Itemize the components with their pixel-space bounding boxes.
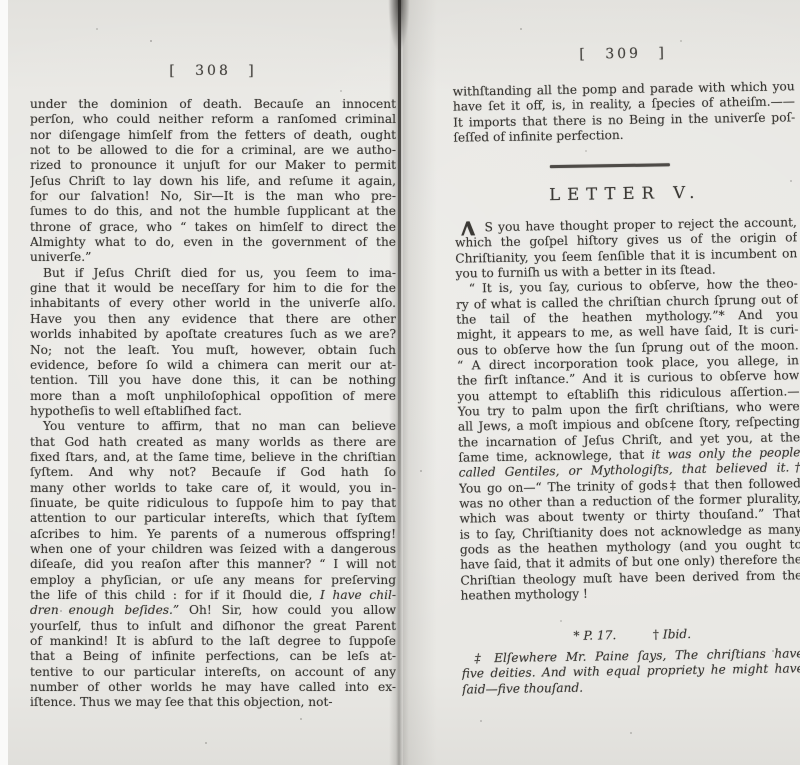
- text-line: yourſelf, thus to inſult and diſhonor th…: [30, 619, 396, 634]
- text-segment: dren enough beſides.”: [30, 603, 179, 617]
- footnote-references: * P. 17. † Ibid.: [461, 625, 800, 645]
- text-line: the life of this child : for if it ſhoul…: [30, 588, 396, 603]
- text-line: tentive to our particular intereſts, on …: [30, 665, 396, 680]
- text-line: that a Being of infinite perfections, ca…: [30, 649, 396, 664]
- text-line: evidence, before ſo wild a chimera can m…: [30, 358, 396, 373]
- left-page-text: under the dominion of death. Becauſe an …: [30, 97, 396, 711]
- text-segment: fixed ſtars, and, at the ſame time, beli…: [30, 450, 396, 464]
- binding-gutter-line: [398, 0, 401, 560]
- letter-heading: LETTER V.: [454, 181, 796, 205]
- text-line: Jeſus Chriſt to lay down his life, and r…: [30, 174, 396, 189]
- text-segment: You venture to affirm, that no man can b…: [43, 419, 396, 433]
- text-segment: I have chil-: [320, 588, 396, 602]
- text-line: many other worlds to take care of, it wo…: [30, 481, 396, 496]
- scan-edge-strip: [0, 0, 8, 765]
- text-line: rized to pronounce it unjuſt for our Mak…: [30, 158, 396, 173]
- text-segment: Have you then any evidence that there ar…: [30, 312, 396, 326]
- text-segment: that a Being of infinite perfections, ca…: [30, 649, 396, 663]
- text-segment: univerſe.”: [30, 250, 91, 264]
- paragraph: ‡ Elſewhere Mr. Paine ſays, The chriſtia…: [461, 646, 800, 698]
- text-line: dren enough beſides.” Oh! Sir, how could…: [30, 603, 396, 618]
- text-segment: more than a moſt unphiloſophical oppoſit…: [30, 389, 396, 403]
- text-line: perſon, who could neither reform a ranſo…: [30, 112, 396, 127]
- text-line: ſinuate, be quite ridiculous to ſuppoſe …: [30, 496, 396, 511]
- text-segment: throne of grace, who “ takes on himſelf …: [30, 220, 396, 234]
- text-line: No; not the leaſt. You muſt, however, ob…: [30, 343, 396, 358]
- paragraph: withſtanding all the pomp and parade wit…: [453, 79, 796, 146]
- text-segment: of mankind! It is abſurd to the laſt deg…: [30, 634, 396, 648]
- text-segment: many other worlds to take care of, it wo…: [30, 481, 396, 495]
- right-page-number: [ 309 ]: [452, 43, 794, 64]
- right-page-text: AS you have thought proper to reject the…: [455, 215, 800, 604]
- text-segment: it was only the people: [651, 445, 800, 461]
- text-segment: when one of your children was ſeized wit…: [30, 542, 396, 556]
- text-segment: ſumes to do this, and not the humble ſup…: [30, 204, 396, 218]
- text-segment: ſame time, acknowlege, that: [458, 448, 651, 465]
- text-segment: tentive to our particular intereſts, on …: [30, 665, 396, 679]
- text-segment: Oh! Sir, how could you allow: [179, 603, 396, 617]
- text-segment: attention to our particular intereſts, w…: [30, 511, 396, 525]
- text-line: aſcribes to him. Ye parents of a numerou…: [30, 527, 396, 542]
- text-segment: inhabitants of every other world in the …: [30, 296, 396, 310]
- right-page-curve-shading: [403, 0, 437, 765]
- text-line: inhabitants of every other world in the …: [30, 296, 396, 311]
- text-line: ſyſtem. And why not? Becauſe if God hath…: [30, 465, 396, 480]
- left-page-number: [ 308 ]: [30, 63, 396, 79]
- text-segment: Almighty what to do, even in the governm…: [30, 235, 396, 249]
- text-line: employ a phyſician, or uſe any means for…: [30, 573, 396, 588]
- paragraph: But if Jeſus Chriſt died for us, you ſee…: [30, 266, 396, 419]
- text-segment: rized to pronounce it unjuſt for our Mak…: [30, 158, 396, 172]
- drop-cap: A: [455, 220, 485, 236]
- text-segment: ſinuate, be quite ridiculous to ſuppoſe …: [30, 496, 396, 510]
- text-line: when one of your children was ſeized wit…: [30, 542, 396, 557]
- text-segment: number of other worlds he may have calle…: [30, 680, 396, 694]
- text-segment: not to be allowed to die for a criminal,…: [30, 143, 396, 157]
- text-line: attention to our particular intereſts, w…: [30, 511, 396, 526]
- text-line: nor diſengage himſelf from the fetters o…: [30, 128, 396, 143]
- text-segment: the life of this child : for if it ſhoul…: [30, 588, 320, 602]
- text-segment: for our ſalvation! No, Sir—It is the man…: [30, 189, 396, 203]
- paragraph: under the dominion of death. Becauſe an …: [30, 97, 396, 266]
- text-segment: worlds inhabited by apoſtate creatures ſ…: [30, 327, 396, 341]
- text-segment: †: [653, 627, 663, 641]
- text-line: Almighty what to do, even in the governm…: [30, 235, 396, 250]
- scan-noise-speckles: [0, 0, 2, 2]
- book-scan: [ 308 ] under the dominion of death. Bec…: [0, 0, 800, 765]
- text-segment: ſeſſed of infinite perfection.: [453, 128, 623, 145]
- text-segment: gine that it would be neceſſary for him …: [30, 281, 396, 295]
- text-segment: But if Jeſus Chriſt died for us, you ſee…: [43, 266, 396, 280]
- text-line: iſtence. Thus we may ſee that this objec…: [30, 695, 396, 710]
- text-line: diſeaſe, did you reaſon after this manne…: [30, 557, 396, 572]
- text-line: of mankind! It is abſurd to the laſt deg…: [30, 634, 396, 649]
- text-segment: tention. Till you have done this, it can…: [30, 373, 396, 387]
- text-segment: ſyſtem. And why not? Becauſe if God hath…: [30, 465, 396, 479]
- text-segment: diſeaſe, did you reaſon after this manne…: [30, 557, 396, 571]
- text-segment: No; not the leaſt. You muſt, however, ob…: [30, 343, 396, 357]
- text-line: You venture to affirm, that no man can b…: [30, 419, 396, 434]
- text-segment: iſtence. Thus we may ſee that this objec…: [30, 695, 332, 709]
- text-line: Have you then any evidence that there ar…: [30, 312, 396, 327]
- footnote-text: ‡ Elſewhere Mr. Paine ſays, The chriſtia…: [461, 646, 800, 698]
- text-segment: *: [573, 628, 583, 642]
- text-line: But if Jeſus Chriſt died for us, you ſee…: [30, 266, 396, 281]
- text-segment: ſaid—five thouſand.: [462, 680, 583, 696]
- text-line: for our ſalvation! No, Sir—It is the man…: [30, 189, 396, 204]
- text-line: univerſe.”: [30, 250, 396, 265]
- text-segment: employ a phyſician, or uſe any means for…: [30, 573, 396, 587]
- text-line: tention. Till you have done this, it can…: [30, 373, 396, 388]
- text-segment: heathen mythology !: [461, 587, 588, 603]
- text-segment: Ibid.: [663, 627, 691, 641]
- text-line: more than a moſt unphiloſophical oppoſit…: [30, 389, 396, 404]
- paragraph: AS you have thought proper to reject the…: [455, 215, 798, 282]
- paragraph: “ It is, you ſay, curious to obſerve, ho…: [456, 277, 800, 605]
- text-line: ſumes to do this, and not the humble ſup…: [30, 204, 396, 219]
- text-segment: perſon, who could neither reform a ranſo…: [30, 112, 396, 126]
- text-line: that God hath created as many worlds as …: [30, 435, 396, 450]
- right-page-continuation: withſtanding all the pomp and parade wit…: [453, 79, 796, 146]
- text-segment: [616, 627, 653, 642]
- text-line: fixed ſtars, and, at the ſame time, beli…: [30, 450, 396, 465]
- text-line: worlds inhabited by apoſtate creatures ſ…: [30, 327, 396, 342]
- text-segment: hypotheſis to well eſtabliſhed fact.: [30, 404, 242, 418]
- text-line: gine that it would be neceſſary for him …: [30, 281, 396, 296]
- text-segment: yourſelf, thus to inſult and diſhonor th…: [30, 619, 396, 633]
- text-line: hypotheſis to well eſtabliſhed fact.: [30, 404, 396, 419]
- text-segment: aſcribes to him. Ye parents of a numerou…: [30, 527, 396, 541]
- text-segment: that God hath created as many worlds as …: [30, 435, 396, 449]
- text-line: throne of grace, who “ takes on himſelf …: [30, 220, 396, 235]
- text-segment: under the dominion of death. Becauſe an …: [30, 97, 396, 111]
- section-divider-rule: [550, 164, 670, 168]
- text-segment: Jeſus Chriſt to lay down his life, and r…: [30, 174, 396, 188]
- text-line: number of other worlds he may have calle…: [30, 680, 396, 695]
- text-segment: P. 17.: [583, 628, 616, 643]
- text-segment: evidence, before ſo wild a chimera can m…: [30, 358, 396, 372]
- paragraph: You venture to affirm, that no man can b…: [30, 419, 396, 711]
- text-segment: nor diſengage himſelf from the fetters o…: [30, 128, 396, 142]
- text-line: not to be allowed to die for a criminal,…: [30, 143, 396, 158]
- right-page: [ 309 ] withſtanding all the pomp and pa…: [452, 43, 800, 698]
- text-line: under the dominion of death. Becauſe an …: [30, 97, 396, 112]
